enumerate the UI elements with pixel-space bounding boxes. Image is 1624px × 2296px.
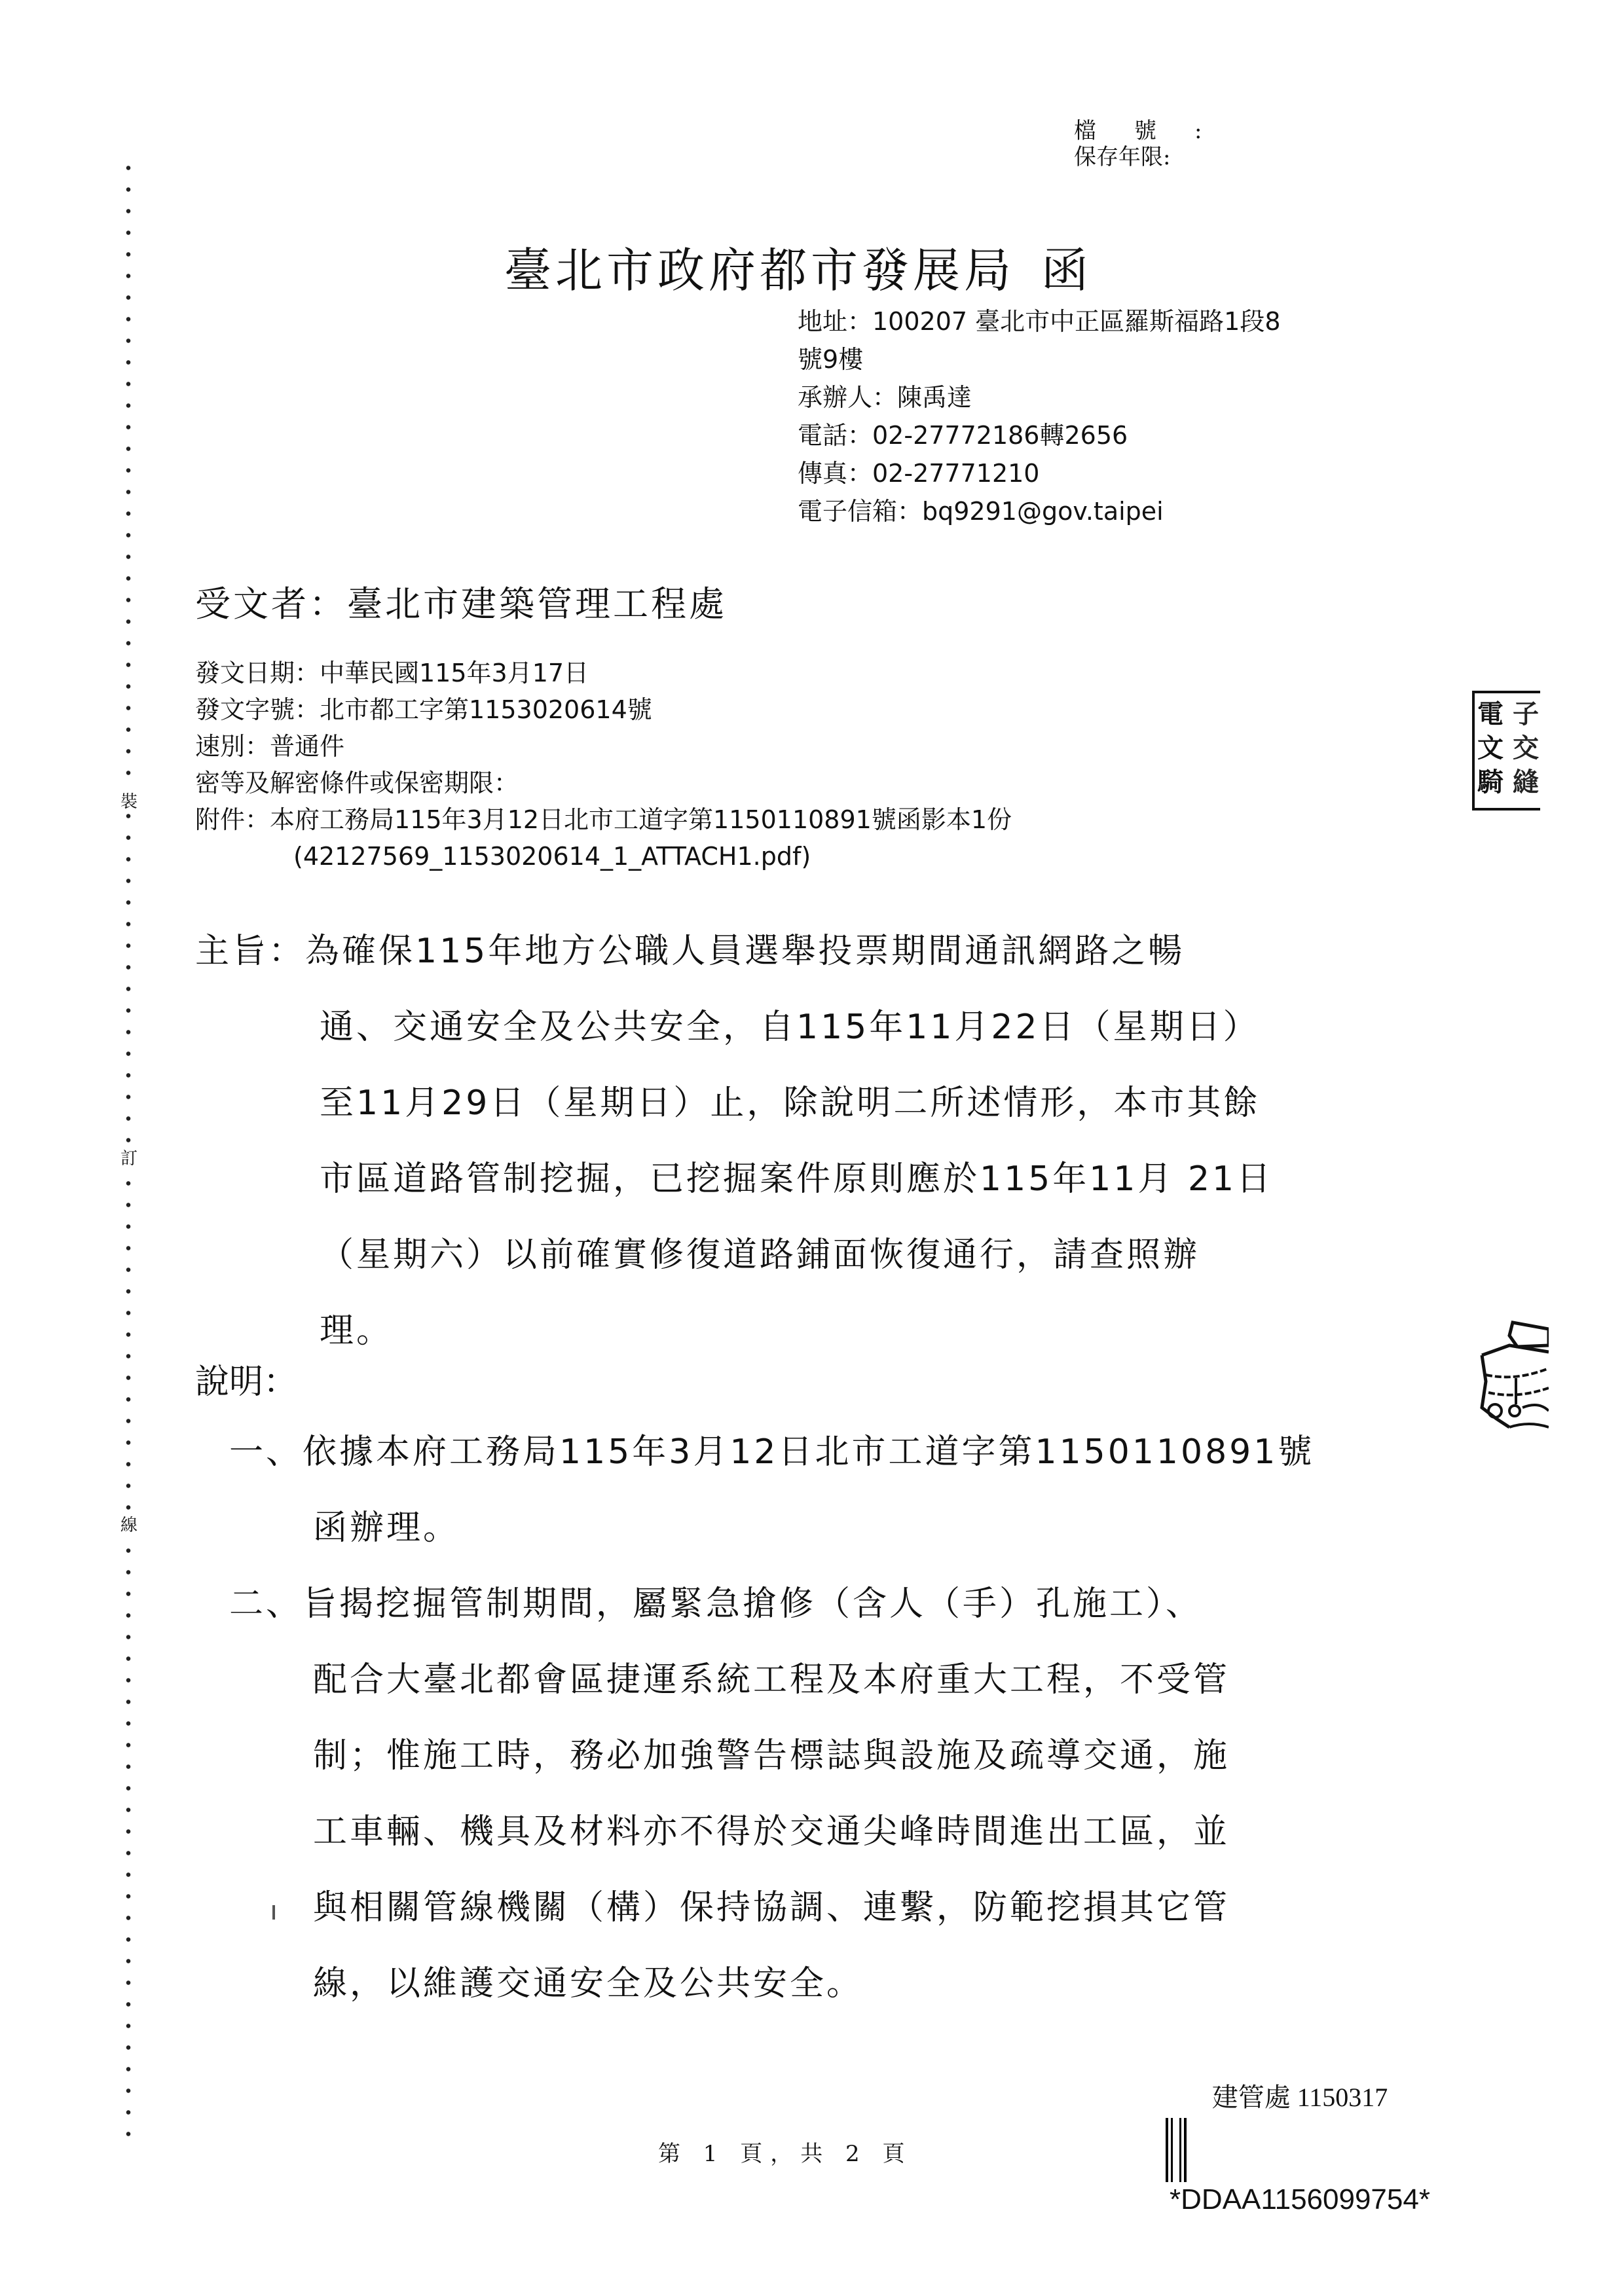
subject-line: 至11月29日（星期日）止，除說明二所述情形，本市其餘	[195, 1065, 1273, 1141]
scan-artifact-mark	[272, 1905, 275, 1920]
document-title: 臺北市政府都市發展局函	[504, 232, 1092, 301]
retention-label: 保存年限:	[1074, 144, 1170, 170]
explanation-item-2-line: 二、旨揭挖掘管制期間，屬緊急搶修（含人（手）孔施工）、	[229, 1566, 1314, 1642]
document-meta: 發文日期：中華民國115年3月17日 發文字號：北市都工字第1153020614…	[195, 655, 1012, 875]
subject-line: （星期六）以前確實修復道路鋪面恢復通行，請查照辦	[195, 1217, 1273, 1293]
handler: 承辦人：陳禹達	[798, 378, 1281, 416]
subject-line: 理。	[195, 1293, 1273, 1369]
explanation-heading: 說明：	[195, 1354, 297, 1403]
phone: 電話：02-27772186轉2656	[798, 416, 1281, 454]
issue-date: 發文日期：中華民國115年3月17日	[195, 655, 1012, 691]
explanation-item-2-line: 制；惟施工時，務必加強警告標誌與設施及疏導交通，施	[229, 1718, 1314, 1794]
document-type: 函	[1041, 243, 1092, 298]
subject-line: 主旨：為確保115年地方公職人員選舉投票期間通訊網路之暢	[195, 913, 1273, 989]
attachment: 附件：本府工務局115年3月12日北市工道字第1150110891號函影本1份	[195, 801, 1012, 838]
subject: 主旨：為確保115年地方公職人員選舉投票期間通訊網路之暢 通、交通安全及公共安全…	[195, 913, 1273, 1369]
classification: 密等及解密條件或保密期限：	[195, 765, 1012, 801]
subject-line: 市區道路管制挖掘，已挖掘案件原則應於115年11月 21日	[195, 1141, 1273, 1217]
binding-mark-staple: 訂	[118, 1148, 140, 1170]
address-line-1: 地址：100207 臺北市中正區羅斯福路1段8	[798, 302, 1281, 340]
barcode-block: 建管處 1150317 *DDAA1156099754*	[1143, 2077, 1457, 2216]
stamp-char: 電	[1477, 697, 1509, 731]
binding-mark-bind: 裝	[118, 791, 140, 813]
binding-mark-line: 線	[118, 1514, 140, 1537]
fax: 傳真：02-27771210	[798, 454, 1281, 492]
stamp-char: 交	[1513, 731, 1540, 765]
email: 電子信箱：bq9291@gov.taipei	[798, 492, 1281, 530]
explanation-item-2-line: 線，以維護交通安全及公共安全。	[229, 1946, 1314, 2022]
subject-line: 通、交通安全及公共安全，自115年11月22日（星期日）	[195, 989, 1273, 1065]
file-number-label: 檔號	[1074, 118, 1194, 144]
recipient: 受文者：臺北市建築管理工程處	[195, 576, 727, 627]
explanation: 一、依據本府工務局115年3月12日北市工道字第1150110891號 函辦理。…	[229, 1414, 1314, 2022]
seal-stamp-icon	[1477, 1319, 1549, 1430]
page-number: 第 1 頁，共 2 頁	[658, 2136, 913, 2168]
address-line-2: 號9樓	[798, 340, 1281, 378]
stamp-char: 縫	[1513, 765, 1540, 799]
stamp-char: 文	[1477, 731, 1509, 765]
document-number: 發文字號：北市都工字第1153020614號	[195, 691, 1012, 728]
barcode-bars	[1166, 2118, 1434, 2182]
contact-block: 地址：100207 臺北市中正區羅斯福路1段8 號9樓 承辦人：陳禹達 電話：0…	[798, 302, 1281, 530]
explanation-item-2-line: 與相關管線機關（構）保持協調、連繫，防範挖損其它管	[229, 1870, 1314, 1946]
file-number-colon: :	[1194, 118, 1202, 144]
explanation-item-2-line: 工車輛、機具及材料亦不得於交通尖峰時間進出工區，並	[229, 1794, 1314, 1870]
attachment-file-link[interactable]: (42127569_1153020614_1_ATTACH1.pdf)	[195, 838, 1012, 875]
electronic-document-stamp: 電 文 騎 子 交 縫	[1472, 691, 1540, 811]
file-info: 檔號 : 保存年限:	[1074, 118, 1202, 170]
speed-class: 速別：普通件	[195, 728, 1012, 765]
stamp-char: 騎	[1477, 765, 1509, 799]
agency-name: 臺北市政府都市發展局	[504, 243, 1015, 298]
explanation-item-2-line: 配合大臺北都會區捷運系統工程及本府重大工程，不受管	[229, 1642, 1314, 1718]
stamp-char: 子	[1513, 697, 1540, 731]
barcode-label: 建管處 1150317	[1143, 2077, 1457, 2114]
explanation-item-1-line: 一、依據本府工務局115年3月12日北市工道字第1150110891號	[229, 1414, 1314, 1490]
explanation-item-1-line: 函辦理。	[229, 1490, 1314, 1566]
barcode-code: *DDAA1156099754*	[1143, 2183, 1457, 2216]
